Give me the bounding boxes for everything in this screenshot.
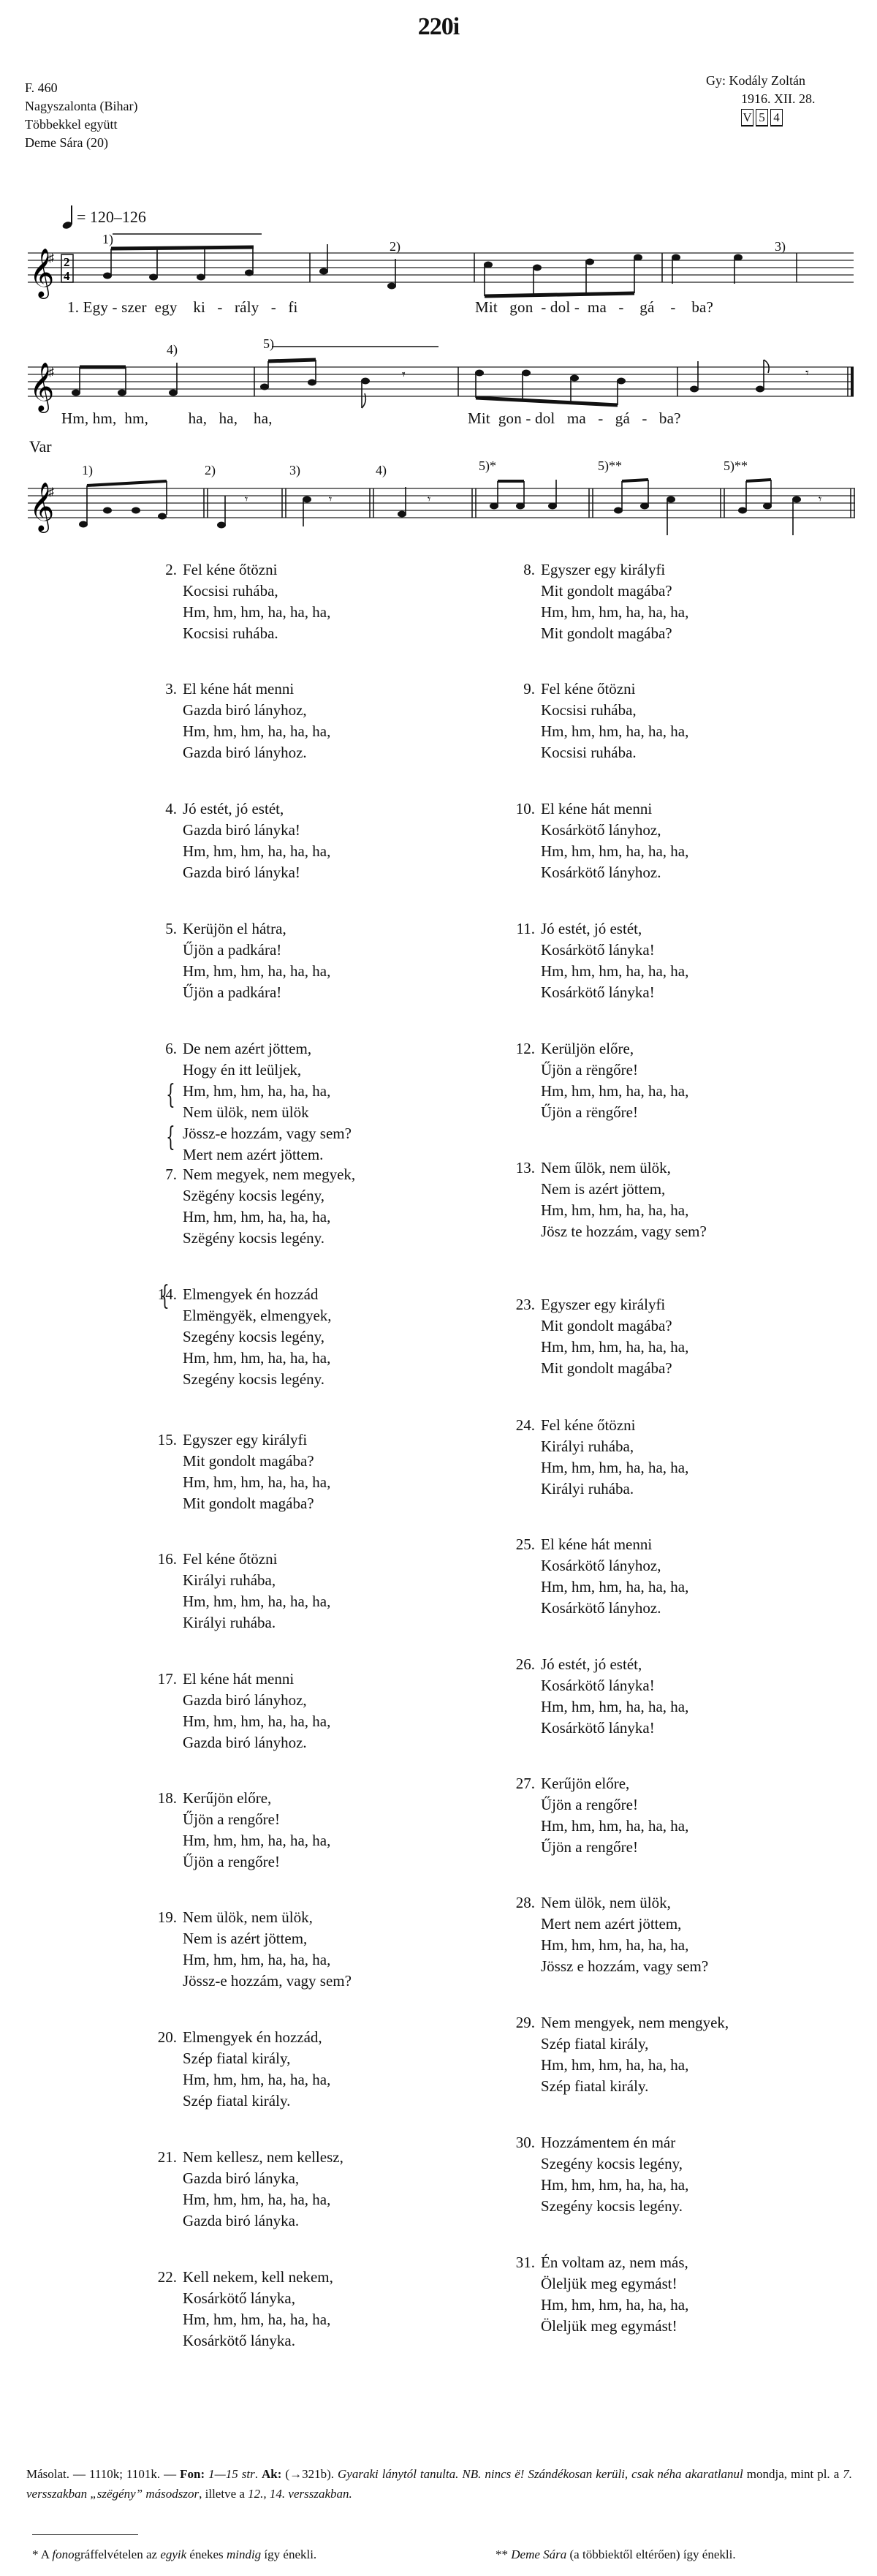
music-staff-2: 𝄞 ♯ 𝄾 𝄾: [0, 335, 877, 415]
stanza-number: 15.: [145, 1429, 177, 1451]
note-text: Gyaraki lánytól tanulta. NB. nincs ë! Sz…: [338, 2467, 743, 2481]
stanza: 16.Fel kéne őtözniKirályi ruhába,Hm, hm,…: [183, 1549, 330, 1633]
stanza-line: Kerüjön el hátra,: [183, 918, 330, 940]
stanza-number: 16.: [145, 1549, 177, 1570]
stanza-number: 11.: [503, 918, 535, 940]
stanza-line: Mit gondolt magába?: [541, 581, 688, 602]
stanza: 15.Egyszer egy királyfiMit gondolt magáb…: [183, 1429, 330, 1514]
stanza-number: 18.: [145, 1788, 177, 1809]
svg-text:𝄾: 𝄾: [329, 494, 332, 506]
stanza: 7.Nem megyek, nem megyek,Szëgény kocsis …: [183, 1164, 355, 1249]
stanza-line: Hm, hm, hm, ha, ha, ha,: [541, 1457, 688, 1478]
stanza-line: Hm, hm, hm, ha, ha, ha,: [183, 2309, 333, 2330]
stanza-number: 28.: [503, 1892, 535, 1914]
stanza-line: Űjön a rengőre!: [541, 1794, 688, 1816]
note-text: gráffelvételen az: [75, 2547, 161, 2561]
note-text: fono: [52, 2547, 74, 2561]
stanza-number: 17.: [145, 1669, 177, 1690]
note-text: , illetve a: [199, 2487, 248, 2501]
stanza-line: Hm, hm, hm, ha, ha, ha,: [183, 841, 330, 862]
variant-mark: 2): [205, 463, 216, 478]
stanza-line: Hm, hm, hm, ha, ha, ha,: [541, 1935, 708, 1956]
stanza: 11.Jó estét, jó estét,Kosárkötő lányka!H…: [541, 918, 688, 1003]
stanza-line: Hm, hm, hm, ha, ha, ha,: [183, 961, 330, 982]
stanza: 13.Nem űlök, nem ülök,Nem is azért jötte…: [541, 1157, 707, 1242]
singer: Deme Sára (20): [25, 134, 137, 152]
stanza-line: Öleljük meg egymást!: [541, 2273, 688, 2294]
stanza-line: Hogy én itt leüljek,: [183, 1060, 352, 1081]
stanza-line: Szép fiatal király.: [541, 2076, 729, 2097]
variant-mark: 4): [376, 463, 387, 478]
stanza-line: Gazda biró lányka!: [183, 820, 330, 841]
stanza-line: Kosárkötő lányhoz,: [541, 820, 688, 841]
stanza-line: Jössz-e hozzám, vagy sem?: [183, 1123, 352, 1144]
stanza-line: Gazda biró lányhoz.: [183, 1732, 330, 1753]
stanza-number: 10.: [503, 798, 535, 820]
stanza: 5.Kerüjön el hátra,Űjön a padkára!Hm, hm…: [183, 918, 330, 1003]
stanza-line: Jó estét, jó estét,: [541, 918, 688, 940]
stanza-line: Szép fiatal király.: [183, 2090, 330, 2112]
svg-text:𝄾: 𝄾: [428, 494, 430, 506]
stanza-number: 5.: [145, 918, 177, 940]
stanza: 2.Fel kéne őtözniKocsisi ruhába,Hm, hm, …: [183, 559, 330, 644]
stanza-line: Öleljük meg egymást!: [541, 2316, 688, 2337]
stanza: 20.Elmengyek én hozzád,Szép fiatal királ…: [183, 2027, 330, 2112]
svg-text:4: 4: [64, 269, 70, 283]
stanza-line: Hm, hm, hm, ha, ha, ha,: [541, 1200, 707, 1221]
lyrics-line: 1. Egy - szer egy ki - rály - fi: [67, 298, 298, 317]
stanza-line: Elmengyek én hozzád: [183, 1284, 332, 1305]
stanza: 9.Fel kéne őtözniKocsisi ruhába,Hm, hm, …: [541, 679, 688, 763]
stanza-line: Gazda biró lányka.: [183, 2210, 343, 2232]
stanza-number: 7.: [145, 1164, 177, 1185]
variant-mark: 3): [775, 239, 786, 254]
note-text: mondja, mint pl. a: [743, 2467, 843, 2481]
stanza-number: 4.: [145, 798, 177, 820]
stanza-line: Jó estét, jó estét,: [541, 1654, 688, 1675]
variant-mark: 5)*: [479, 458, 496, 474]
stanza-line: El kéne hát menni: [183, 679, 330, 700]
performance-note: Többekkel együtt: [25, 116, 137, 134]
stanza-line: Hm, hm, hm, ha, ha, ha,: [541, 2055, 729, 2076]
stanza-line: Kell nekem, kell nekem,: [183, 2267, 333, 2288]
brace-icon: {: [166, 1076, 175, 1114]
stanza-line: Királyi ruhába,: [541, 1436, 688, 1457]
stanza-number: 3.: [145, 679, 177, 700]
page-title: 220i: [0, 13, 877, 41]
variant-mark: 5)**: [724, 458, 748, 474]
note-text: így énekli.: [261, 2547, 316, 2561]
variant-mark: 5): [263, 336, 274, 352]
stanza-line: Nem ülök, nem ülök,: [183, 1907, 352, 1928]
note-text: Másolat. — 1110k; 1101k. —: [26, 2467, 180, 2481]
footnote-divider: [32, 2534, 138, 2535]
variant-mark: 5)**: [598, 458, 622, 474]
stanza-line: Hm, hm, hm, ha, ha, ha,: [541, 841, 688, 862]
stanza-line: Kosárkötő lányhoz.: [541, 1598, 688, 1619]
stanza-line: Hm, hm, hm, ha, ha, ha,: [541, 2294, 688, 2316]
stanza-line: Hm, hm, hm, ha, ha, ha,: [183, 602, 330, 623]
variant-mark: 2): [390, 239, 400, 254]
stanza-number: 23.: [503, 1294, 535, 1315]
classification-boxes: V 5 4: [706, 109, 816, 126]
stanza-number: 25.: [503, 1534, 535, 1555]
stanza-line: Űjön a rengőre!: [183, 1851, 330, 1873]
stanza-line: Hm, hm, hm, ha, ha, ha,: [183, 2189, 343, 2210]
note-text: **: [496, 2547, 511, 2561]
stanza-line: Kocsisi ruhába.: [541, 742, 688, 763]
stanza-line: Gazda biró lányka,: [183, 2168, 343, 2189]
stanza: 27.Kerűjön előre,Űjön a rengőre!Hm, hm, …: [541, 1773, 688, 1858]
stanza: 6.De nem azért jöttem,Hogy én itt leülje…: [183, 1038, 352, 1166]
stanza-line: Űjön a rëngőre!: [541, 1060, 688, 1081]
stanza-line: Kerüljön előre,: [541, 1038, 688, 1060]
stanza-line: Hm, hm, hm, ha, ha, ha,: [183, 1472, 330, 1493]
footnote-single-asterisk: * A fonográffelvételen az egyik énekes m…: [32, 2547, 316, 2562]
stanza-line: Kerűjön előre,: [541, 1773, 688, 1794]
stanza-line: Kocsisi ruhába,: [541, 700, 688, 721]
stanza-number: 22.: [145, 2267, 177, 2288]
stanza-line: Kocsisi ruhába.: [183, 623, 330, 644]
stanza-line: Jössz e hozzám, vagy sem?: [541, 1956, 708, 1977]
stanza-line: Fel kéne őtözni: [541, 1415, 688, 1436]
stanza: 31.Én voltam az, nem más,Öleljük meg egy…: [541, 2252, 688, 2337]
stanza-line: Hm, hm, hm, ha, ha, ha,: [183, 721, 330, 742]
stanza-number: 9.: [503, 679, 535, 700]
stanza-line: Kosárkötő lányka!: [541, 1675, 688, 1696]
stanza-line: Királyi ruhába.: [183, 1612, 330, 1633]
stanza: 26.Jó estét, jó estét,Kosárkötő lányka!H…: [541, 1654, 688, 1739]
note-text: énekes: [186, 2547, 227, 2561]
stanza-line: Hm, hm, hm, ha, ha, ha,: [541, 2175, 688, 2196]
variant-mark: 1): [82, 463, 93, 478]
stanza-line: Hm, hm, hm, ha, ha, ha,: [183, 1949, 352, 1971]
stanza-line: Nem megyek, nem megyek,: [183, 1164, 355, 1185]
classification-box: 4: [770, 109, 783, 126]
stanza-line: Gazda biró lányhoz,: [183, 700, 330, 721]
stanza-number: 29.: [503, 2012, 535, 2033]
brace-icon: {: [166, 1119, 175, 1157]
stanza-line: Szëgény kocsis legény,: [183, 1185, 355, 1206]
stanza: 23.Egyszer egy királyfiMit gondolt magáb…: [541, 1294, 688, 1379]
stanza-line: Jösz te hozzám, vagy sem?: [541, 1221, 707, 1242]
stanza-line: Egyszer egy királyfi: [541, 559, 688, 581]
stanza-line: Nem űlök, nem ülök,: [541, 1157, 707, 1179]
stanza-line: Fel kéne őtözni: [541, 679, 688, 700]
stanza-line: Szegény kocsis legény,: [541, 2153, 688, 2175]
stanza: 19.Nem ülök, nem ülök,Nem is azért jötte…: [183, 1907, 352, 1992]
collection-date: 1916. XII. 28.: [706, 90, 816, 108]
variant-mark: 3): [289, 463, 300, 478]
stanza-line: Kosárkötő lányhoz.: [541, 862, 688, 883]
sharp-icon: ♯: [48, 252, 54, 265]
stanza-line: Mert nem azért jöttem,: [541, 1914, 708, 1935]
stanza-number: 27.: [503, 1773, 535, 1794]
stanza: 30.Hozzámentem én márSzegény kocsis legé…: [541, 2132, 688, 2217]
stanza-number: 19.: [145, 1907, 177, 1928]
note-text: mindig: [227, 2547, 261, 2561]
stanza-line: Hm, hm, hm, ha, ha, ha,: [541, 1081, 688, 1102]
stanza-line: Hm, hm, hm, ha, ha, ha,: [183, 1206, 355, 1228]
stanza-line: Űjön a rengőre!: [183, 1809, 330, 1830]
note-text: * A: [32, 2547, 52, 2561]
stanza: 12.Kerüljön előre,Űjön a rëngőre!Hm, hm,…: [541, 1038, 688, 1123]
stanza-line: Kocsisi ruhába,: [183, 581, 330, 602]
stanza-line: El kéne hát menni: [541, 798, 688, 820]
variant-mark: 1): [102, 232, 113, 247]
stanza-line: Királyi ruhába.: [541, 1478, 688, 1500]
stanza-line: Kosárkötő lányka.: [183, 2330, 333, 2352]
stanza-line: Hm, hm, hm, ha, ha, ha,: [183, 2069, 330, 2090]
stanza-line: Hm, hm, hm, ha, ha, ha,: [541, 1696, 688, 1718]
stanza-line: Hm, hm, hm, ha, ha, ha,: [183, 1081, 352, 1102]
stanza-line: Gazda biró lányka!: [183, 862, 330, 883]
svg-text:𝄾: 𝄾: [245, 494, 248, 506]
stanza-line: Mit gondolt magába?: [541, 623, 688, 644]
stanza-line: Nem ülök, nem ülök,: [541, 1892, 708, 1914]
stanza-line: De nem azért jöttem,: [183, 1038, 352, 1060]
stanza-line: Hm, hm, hm, ha, ha, ha,: [183, 1348, 332, 1369]
stanza-line: Hm, hm, hm, ha, ha, ha,: [541, 602, 688, 623]
variants-label: Var: [29, 437, 52, 456]
stanza-number: 26.: [503, 1654, 535, 1675]
stanza-line: Jó estét, jó estét,: [183, 798, 330, 820]
stanza-line: Kosárkötő lányka!: [541, 982, 688, 1003]
stanza: 28.Nem ülök, nem ülök,Mert nem azért jöt…: [541, 1892, 708, 1977]
stanza-line: Hm, hm, hm, ha, ha, ha,: [183, 1711, 330, 1732]
stanza-line: Nem mengyek, nem mengyek,: [541, 2012, 729, 2033]
stanza-line: Hm, hm, hm, ha, ha, ha,: [541, 1337, 688, 1358]
catalog-number: F. 460: [25, 79, 137, 97]
stanza-number: 21.: [145, 2147, 177, 2168]
stanza: 4.Jó estét, jó estét,Gazda biró lányka!H…: [183, 798, 330, 883]
stanza-line: Elmengyek én hozzád,: [183, 2027, 330, 2048]
song-metadata: F. 460 Nagyszalonta (Bihar) Többekkel eg…: [25, 79, 137, 152]
stanza-line: El kéne hát menni: [183, 1669, 330, 1690]
stanza-line: Hm, hm, hm, ha, ha, ha,: [541, 1816, 688, 1837]
stanza-line: Szegény kocsis legény,: [183, 1326, 332, 1348]
classification-box: V: [741, 109, 753, 126]
note-text: Fon:: [180, 2467, 205, 2481]
stanza-line: Mit gondolt magába?: [183, 1493, 330, 1514]
stanza-line: Űjön a padkára!: [183, 982, 330, 1003]
stanza-number: 6.: [145, 1038, 177, 1060]
brace-icon: {: [160, 1277, 170, 1315]
stanza: 21.Nem kellesz, nem kellesz,Gazda biró l…: [183, 2147, 343, 2232]
stanza-line: Űjön a padkára!: [183, 940, 330, 961]
note-text: (a többiektől eltérően) így énekli.: [566, 2547, 735, 2561]
stanza-line: Szegény kocsis legény.: [183, 1369, 332, 1390]
note-text: 12., 14. versszakban.: [248, 2487, 352, 2501]
stanza: 18.Kerűjön előre,Űjön a rengőre!Hm, hm, …: [183, 1788, 330, 1873]
stanza-line: Mit gondolt magába?: [541, 1358, 688, 1379]
note-text: Deme Sára: [511, 2547, 566, 2561]
note-text: (→321b).: [281, 2467, 338, 2481]
svg-text:𝄾: 𝄾: [805, 366, 809, 380]
stanza-line: Hm, hm, hm, ha, ha, ha,: [183, 1591, 330, 1612]
collector-metadata: Gy: Kodály Zoltán 1916. XII. 28. V 5 4: [706, 72, 816, 126]
note-text: .: [255, 2467, 262, 2481]
stanza: 3.El kéne hát menniGazda biró lányhoz,Hm…: [183, 679, 330, 763]
note-text: egyik: [160, 2547, 186, 2561]
variants-staff: 𝄞 ♯ 𝄾 𝄾 𝄾 𝄾: [0, 468, 877, 548]
stanza-line: Nem ülök, nem ülök: [183, 1102, 352, 1123]
stanza-line: Kosárkötő lányka,: [183, 2288, 333, 2309]
stanza: 25.El kéne hát menniKosárkötő lányhoz,Hm…: [541, 1534, 688, 1619]
stanza-line: Mit gondolt magába?: [183, 1451, 330, 1472]
stanza-line: Űjön a rëngőre!: [541, 1102, 688, 1123]
stanza-line: Gazda biró lányhoz.: [183, 742, 330, 763]
svg-text:𝄾: 𝄾: [402, 367, 406, 382]
stanza-line: Hm, hm, hm, ha, ha, ha,: [541, 721, 688, 742]
stanza-line: Kosárkötő lányka!: [541, 940, 688, 961]
stanza-line: Gazda biró lányhoz,: [183, 1690, 330, 1711]
sharp-icon: ♯: [48, 486, 54, 499]
stanza-line: Szép fiatal király,: [541, 2033, 729, 2055]
stanza: 17.El kéne hát menniGazda biró lányhoz,H…: [183, 1669, 330, 1753]
place: Nagyszalonta (Bihar): [25, 97, 137, 116]
classification-box: 5: [756, 109, 768, 126]
stanza-number: 31.: [503, 2252, 535, 2273]
lyrics-line: Mit gon - dol ma - gá - ba?: [468, 409, 681, 428]
svg-text:2: 2: [64, 255, 70, 269]
variant-mark: 4): [167, 342, 178, 358]
stanza-line: Űjön a rengőre!: [541, 1837, 688, 1858]
stanza-line: Fel kéne őtözni: [183, 559, 330, 581]
stanza-line: Kosárkötő lányhoz,: [541, 1555, 688, 1576]
stanza-line: Jössz-e hozzám, vagy sem?: [183, 1971, 352, 1992]
stanza-line: Hm, hm, hm, ha, ha, ha,: [183, 1830, 330, 1851]
stanza-line: Én voltam az, nem más,: [541, 2252, 688, 2273]
lyrics-line: Hm, hm, hm, ha, ha, ha,: [61, 409, 273, 428]
stanza-line: Egyszer egy királyfi: [541, 1294, 688, 1315]
stanza-line: Kerűjön előre,: [183, 1788, 330, 1809]
stanza-line: Szép fiatal király,: [183, 2048, 330, 2069]
stanza: 8.Egyszer egy királyfiMit gondolt magába…: [541, 559, 688, 644]
stanza: 29.Nem mengyek, nem mengyek,Szép fiatal …: [541, 2012, 729, 2097]
stanza-line: Kosárkötő lányka!: [541, 1718, 688, 1739]
stanza-line: Szegény kocsis legény.: [541, 2196, 688, 2217]
stanza-line: Hozzámentem én már: [541, 2132, 688, 2153]
stanza-line: Mert nem azért jöttem.: [183, 1144, 352, 1166]
source-note: Másolat. — 1110k; 1101k. — Fon: 1—15 str…: [26, 2464, 852, 2504]
stanza-line: Nem kellesz, nem kellesz,: [183, 2147, 343, 2168]
stanza-line: Elmëngyëk, elmengyek,: [183, 1305, 332, 1326]
stanza-line: Hm, hm, hm, ha, ha, ha,: [541, 1576, 688, 1598]
sharp-icon: ♯: [48, 366, 54, 379]
stanza-line: Mit gondolt magába?: [541, 1315, 688, 1337]
stanza: 10.El kéne hát menniKosárkötő lányhoz,Hm…: [541, 798, 688, 883]
stanza: 24.Fel kéne őtözniKirályi ruhába,Hm, hm,…: [541, 1415, 688, 1500]
stanza-number: 30.: [503, 2132, 535, 2153]
stanza-line: Hm, hm, hm, ha, ha, ha,: [541, 961, 688, 982]
svg-text:𝄾: 𝄾: [819, 494, 821, 506]
stanza-line: Szëgény kocsis legény.: [183, 1228, 355, 1249]
stanza-line: El kéne hát menni: [541, 1534, 688, 1555]
stanza-number: 2.: [145, 559, 177, 581]
note-text: 1—15 str: [205, 2467, 255, 2481]
stanza-number: 13.: [503, 1157, 535, 1179]
stanza-number: 8.: [503, 559, 535, 581]
stanza-line: Egyszer egy királyfi: [183, 1429, 330, 1451]
stanza-line: Fel kéne őtözni: [183, 1549, 330, 1570]
stanza-number: 20.: [145, 2027, 177, 2048]
stanza: 22.Kell nekem, kell nekem,Kosárkötő lány…: [183, 2267, 333, 2352]
stanza-number: 12.: [503, 1038, 535, 1060]
stanza-number: 24.: [503, 1415, 535, 1436]
stanza-line: Nem is azért jöttem,: [541, 1179, 707, 1200]
lyrics-line: Mit gon - dol - ma - gá - ba?: [475, 298, 713, 317]
stanza-line: Királyi ruhába,: [183, 1570, 330, 1591]
footnote-double-asterisk: ** Deme Sára (a többiektől eltérően) így…: [496, 2547, 736, 2562]
music-staff-1: 𝄞 ♯ 24: [0, 219, 877, 307]
stanza: 14.Elmengyek én hozzádElmëngyëk, elmengy…: [183, 1284, 332, 1390]
stanza-line: Nem is azért jöttem,: [183, 1928, 352, 1949]
collector: Gy: Kodály Zoltán: [706, 72, 816, 90]
note-text: Ak:: [262, 2467, 281, 2481]
